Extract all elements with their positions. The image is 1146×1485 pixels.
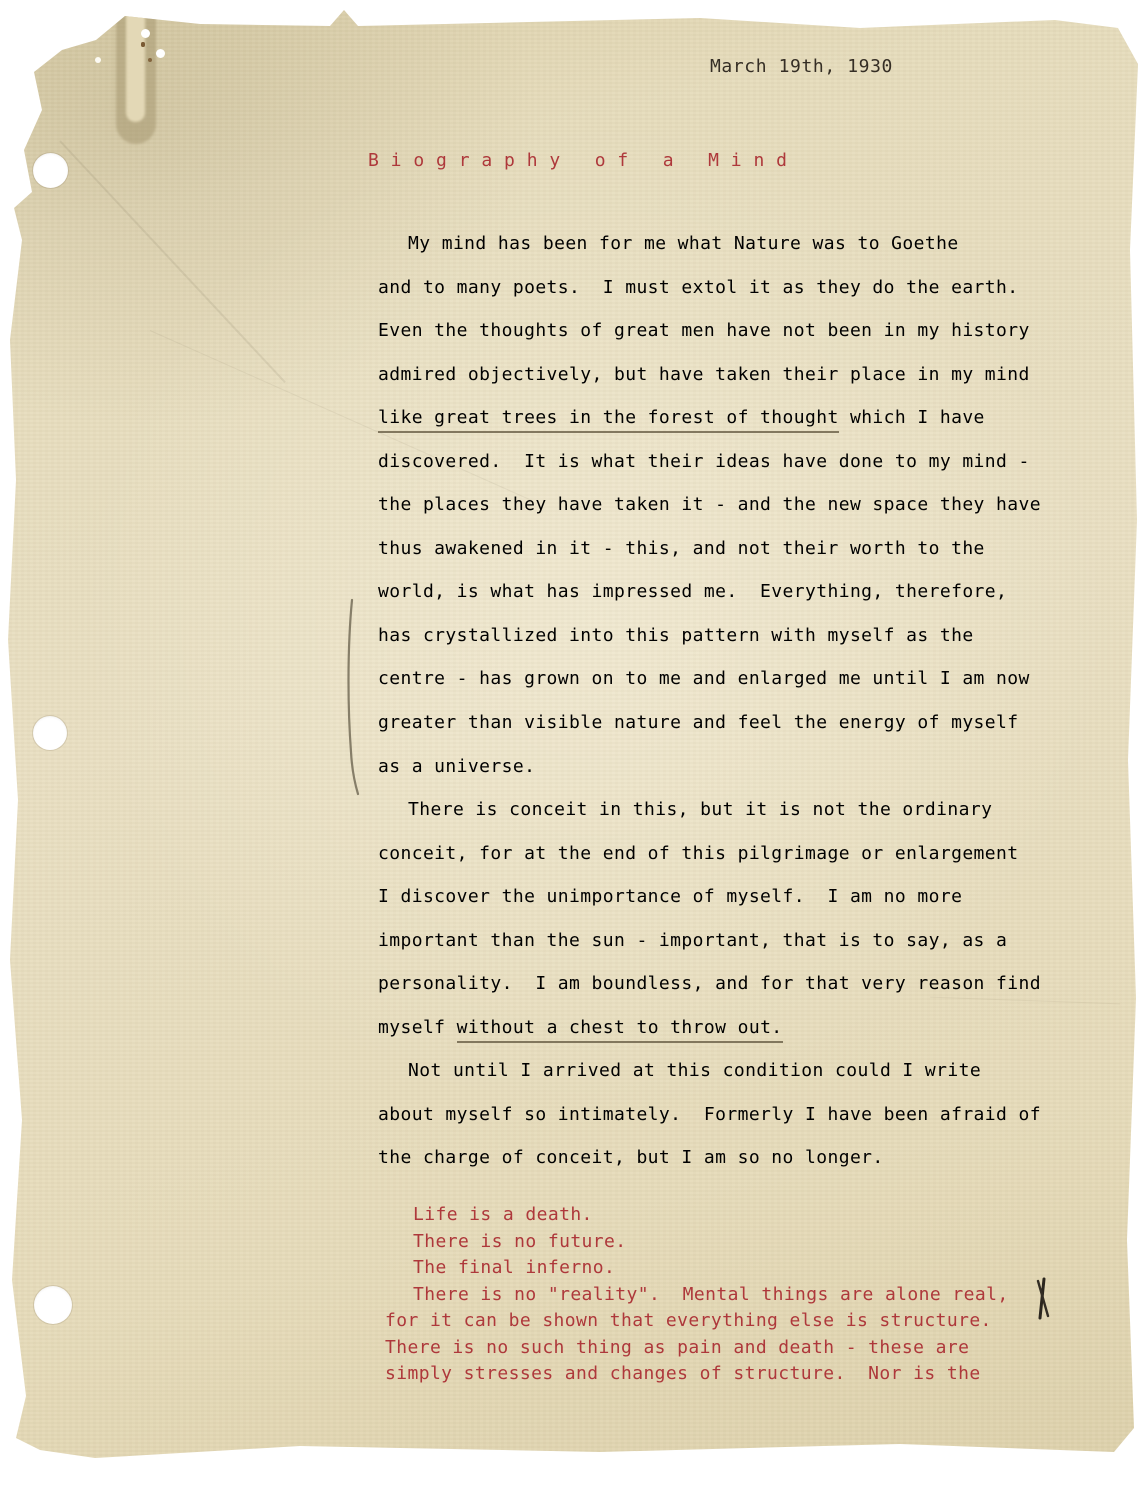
paperclip-impression [116, 8, 156, 144]
red-typed-line: There is no such thing as pain and death… [385, 1335, 1009, 1362]
typed-text: for it can be shown that everything else… [385, 1310, 992, 1331]
rust-speck [141, 42, 145, 47]
paper-crease [59, 140, 286, 383]
paper-hole-speck [95, 57, 101, 63]
typed-line: world, is what has impressed me. Everyth… [378, 570, 1041, 614]
typed-text: thus awakened in it - this, and not thei… [378, 538, 985, 559]
typed-line: admired objectively, but have taken thei… [378, 353, 1041, 397]
typed-text: simply stresses and changes of structure… [385, 1363, 981, 1384]
typed-text: has crystallized into this pattern with … [378, 625, 974, 646]
typed-line: the charge of conceit, but I am so no lo… [378, 1136, 1041, 1180]
typed-line: the places they have taken it - and the … [378, 483, 1041, 527]
typed-text: There is conceit in this, but it is not … [408, 799, 992, 820]
typed-text: about myself so intimately. Formerly I h… [378, 1104, 1041, 1125]
pencil-margin-line [340, 592, 370, 802]
typed-text: greater than visible nature and feel the… [378, 712, 1019, 733]
typed-line: as a universe. [378, 745, 1041, 789]
punch-hole [34, 1286, 72, 1324]
typed-line: I discover the unimportance of myself. I… [378, 875, 1041, 919]
typed-text: which I have [839, 407, 985, 428]
typed-line: Even the thoughts of great men have not … [378, 309, 1041, 353]
typed-text: personality. I am boundless, and for tha… [378, 973, 1041, 994]
typed-text: There is no future. [413, 1231, 627, 1252]
red-typed-line: There is no "reality". Mental things are… [385, 1282, 1009, 1309]
typed-text: the places they have taken it - and the … [378, 494, 1041, 515]
typed-line: greater than visible nature and feel the… [378, 701, 1041, 745]
typed-text: as a universe. [378, 756, 535, 777]
typed-text: conceit, for at the end of this pilgrima… [378, 843, 1019, 864]
typed-text: discovered. It is what their ideas have … [378, 451, 1030, 472]
typed-line: important than the sun - important, that… [378, 919, 1041, 963]
typed-text: My mind has been for me what Nature was … [408, 233, 959, 254]
rust-speck [148, 58, 152, 62]
red-typed-line: There is no future. [385, 1229, 1009, 1256]
typed-text: myself [378, 1017, 457, 1038]
typed-line: has crystallized into this pattern with … [378, 614, 1041, 658]
pencil-underline: without a chest to throw out. [457, 1017, 783, 1043]
punch-hole [33, 716, 67, 750]
pencil-underline: like great trees in the forest of though… [378, 407, 839, 433]
typed-line: about myself so intimately. Formerly I h… [378, 1093, 1041, 1137]
typed-text: admired objectively, but have taken thei… [378, 364, 1030, 385]
typed-line: thus awakened in it - this, and not thei… [378, 527, 1041, 571]
typed-line: There is conceit in this, but it is not … [378, 788, 1041, 832]
typed-text: Even the thoughts of great men have not … [378, 320, 1030, 341]
typed-text: important than the sun - important, that… [378, 930, 1007, 951]
typed-line: and to many poets. I must extol it as th… [378, 266, 1041, 310]
typed-text: and to many poets. I must extol it as th… [378, 277, 1019, 298]
red-typed-line: simply stresses and changes of structure… [385, 1361, 1009, 1388]
typed-line: personality. I am boundless, and for tha… [378, 962, 1041, 1006]
typed-text: There is no such thing as pain and death… [385, 1337, 969, 1358]
body-text-block: My mind has been for me what Nature was … [378, 222, 1041, 1180]
typed-text: world, is what has impressed me. Everyth… [378, 581, 1007, 602]
red-text-block: Life is a death.There is no future.The f… [385, 1202, 1009, 1388]
typed-text: The final inferno. [413, 1257, 615, 1278]
red-typed-line: The final inferno. [385, 1255, 1009, 1282]
typed-text: There is no "reality". Mental things are… [413, 1284, 1009, 1305]
margin-check-mark [1032, 1276, 1060, 1322]
typed-line: like great trees in the forest of though… [378, 396, 1041, 440]
paper-hole-speck [141, 29, 150, 38]
page-title: B i o g r a p h y o f a M i n d [368, 150, 787, 171]
paper-sheet: March 19th, 1930 B i o g r a p h y o f a… [0, 0, 1146, 1470]
typed-text: Life is a death. [413, 1204, 593, 1225]
typed-line: My mind has been for me what Nature was … [378, 222, 1041, 266]
typed-line: conceit, for at the end of this pilgrima… [378, 832, 1041, 876]
date-line: March 19th, 1930 [710, 56, 893, 77]
typed-line: Not until I arrived at this condition co… [378, 1049, 1041, 1093]
red-typed-line: for it can be shown that everything else… [385, 1308, 1009, 1335]
typed-line: myself without a chest to throw out. [378, 1006, 1041, 1050]
paper-hole-speck [156, 49, 165, 58]
typed-text: I discover the unimportance of myself. I… [378, 886, 962, 907]
red-typed-line: Life is a death. [385, 1202, 1009, 1229]
typed-line: centre - has grown on to me and enlarged… [378, 657, 1041, 701]
typed-line: discovered. It is what their ideas have … [378, 440, 1041, 484]
punch-hole [33, 153, 68, 188]
typed-text: the charge of conceit, but I am so no lo… [378, 1147, 884, 1168]
typed-text: centre - has grown on to me and enlarged… [378, 668, 1030, 689]
typed-text: Not until I arrived at this condition co… [408, 1060, 981, 1081]
